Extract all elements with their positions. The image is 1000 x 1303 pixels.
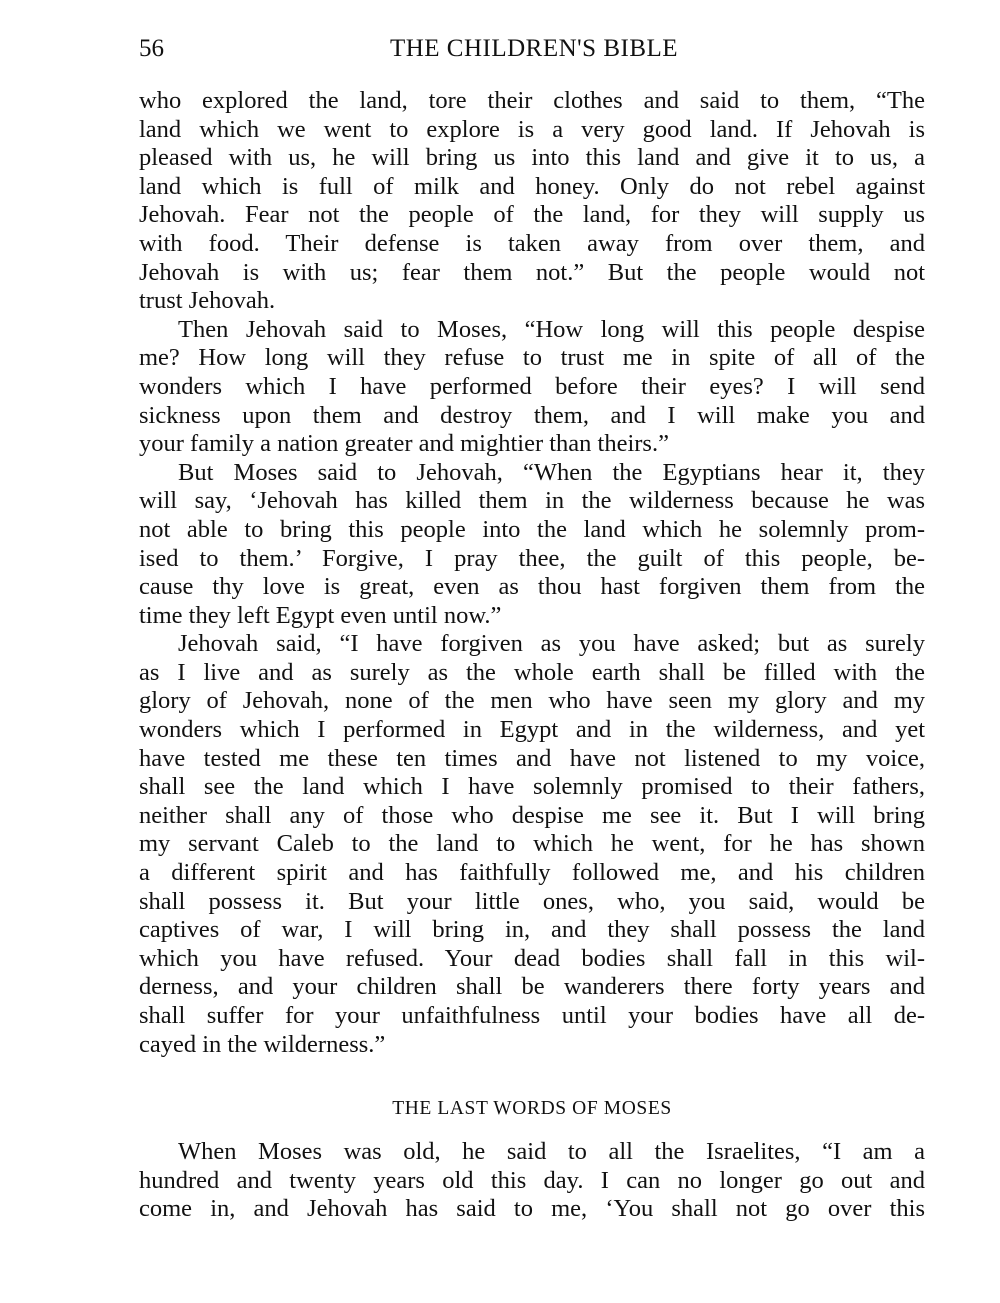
text-line: which you have refused. Your dead bodies…: [139, 945, 925, 974]
text-line: wonders which I have performed before th…: [139, 373, 925, 402]
text-line: time they left Egypt even until now.”: [139, 602, 925, 631]
text-line: shall possess it. But your little ones, …: [139, 888, 925, 917]
text-line: wonders which I performed in Egypt and i…: [139, 716, 925, 745]
book-page: 56 THE CHILDREN'S BIBLE who explored the…: [0, 0, 1000, 1303]
section-body-text: When Moses was old, he said to all the I…: [139, 1138, 925, 1224]
paragraph: Then Jehovah said to Moses, “How long wi…: [139, 316, 925, 459]
text-line: will say, ‘Jehovah has killed them in th…: [139, 487, 925, 516]
text-line: captives of war, I will bring in, and th…: [139, 916, 925, 945]
text-line: Jehovah. Fear not the people of the land…: [139, 201, 925, 230]
text-line: derness, and your children shall be wand…: [139, 973, 925, 1002]
running-head: 56 THE CHILDREN'S BIBLE: [139, 32, 925, 66]
text-line: come in, and Jehovah has said to me, ‘Yo…: [139, 1195, 925, 1224]
text-line: But Moses said to Jehovah, “When the Egy…: [139, 459, 925, 488]
paragraph: But Moses said to Jehovah, “When the Egy…: [139, 459, 925, 631]
text-line: trust Jehovah.: [139, 287, 925, 316]
text-line: my servant Caleb to the land to which he…: [139, 830, 925, 859]
text-line: hundred and twenty years old this day. I…: [139, 1167, 925, 1196]
text-line: sickness upon them and destroy them, and…: [139, 402, 925, 431]
text-line: as I live and as surely as the whole ear…: [139, 659, 925, 688]
text-line: who explored the land, tore their clothe…: [139, 87, 925, 116]
text-line: cayed in the wilderness.”: [139, 1031, 925, 1060]
paragraph: When Moses was old, he said to all the I…: [139, 1138, 925, 1224]
book-title: THE CHILDREN'S BIBLE: [139, 32, 925, 66]
text-line: shall suffer for your unfaithfulness unt…: [139, 1002, 925, 1031]
text-line: me? How long will they refuse to trust m…: [139, 344, 925, 373]
text-line: pleased with us, he will bring us into t…: [139, 144, 925, 173]
text-line: a different spirit and has faithfully fo…: [139, 859, 925, 888]
paragraph: who explored the land, tore their clothe…: [139, 87, 925, 316]
text-line: Jehovah is with us; fear them not.” But …: [139, 259, 925, 288]
text-line: When Moses was old, he said to all the I…: [139, 1138, 925, 1167]
text-line: have tested me these ten times and have …: [139, 745, 925, 774]
section-heading: THE LAST WORDS OF MOSES: [139, 1095, 925, 1123]
text-line: land which is full of milk and honey. On…: [139, 173, 925, 202]
text-line: glory of Jehovah, none of the men who ha…: [139, 687, 925, 716]
text-line: not able to bring this people into the l…: [139, 516, 925, 545]
text-line: land which we went to explore is a very …: [139, 116, 925, 145]
text-line: neither shall any of those who despise m…: [139, 802, 925, 831]
text-line: ised to them.’ Forgive, I pray thee, the…: [139, 545, 925, 574]
paragraph: Jehovah said, “I have forgiven as you ha…: [139, 630, 925, 1059]
text-line: Then Jehovah said to Moses, “How long wi…: [139, 316, 925, 345]
text-line: Jehovah said, “I have forgiven as you ha…: [139, 630, 925, 659]
text-line: shall see the land which I have solemnly…: [139, 773, 925, 802]
body-text: who explored the land, tore their clothe…: [139, 87, 925, 1059]
text-line: your family a nation greater and mightie…: [139, 430, 925, 459]
text-line: cause thy love is great, even as thou ha…: [139, 573, 925, 602]
text-line: with food. Their defense is taken away f…: [139, 230, 925, 259]
